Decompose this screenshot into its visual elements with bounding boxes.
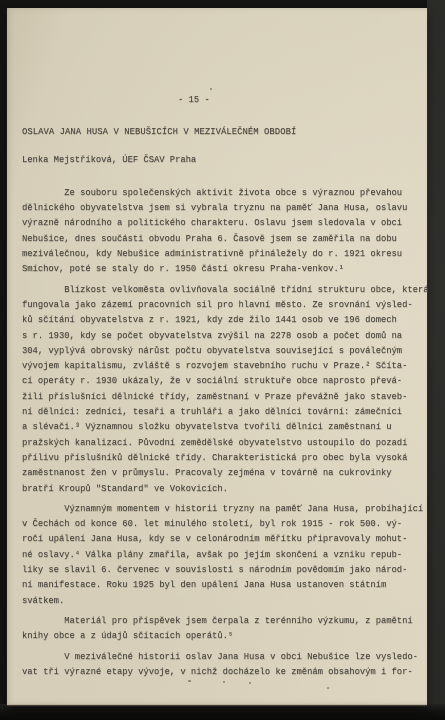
paragraph: Významným momentem v historii tryzny na … xyxy=(22,502,427,609)
text-line: bratří Kroupů "Standard" ve Vokovicích. xyxy=(22,482,427,497)
text-line: Smíchov, poté se staly do r. 1950 částí … xyxy=(22,262,427,277)
scanned-book-photo: - 15 - OSLAVA JANA HUSA V NEBUŠICÍCH V M… xyxy=(0,0,445,720)
book-edge-right xyxy=(427,0,445,720)
text-line: vývojem kapitalismu, zvláště s rozvojem … xyxy=(22,359,427,374)
text-line: ní dělníci: zedníci, tesaři a truhláři a… xyxy=(22,405,427,420)
author-line: Lenka Mejstříková, ÚEF ČSAV Praha xyxy=(22,153,427,168)
text-line: Materiál pro příspěvek jsem čerpala z te… xyxy=(22,614,427,629)
paragraph: Blízkost velkoměsta ovlivňovala sociálně… xyxy=(22,283,427,497)
page-content: - 15 - OSLAVA JANA HUSA V NEBUŠICÍCH V M… xyxy=(7,93,427,680)
text-line: přílivu příslušníků dělnické třídy. Char… xyxy=(22,451,427,466)
text-line: zaměstnanost žen v průmyslu. Pracovaly z… xyxy=(22,466,427,481)
text-line: Nebušice, dnes součásti obvodu Praha 6. … xyxy=(22,232,427,247)
scan-speck xyxy=(188,680,191,682)
scan-speck xyxy=(24,524,26,526)
text-line: v Čechách od konce 60. let minulého stol… xyxy=(22,517,427,532)
text-line: ročí upálení Jana Husa, kdy se v celonár… xyxy=(22,532,427,547)
text-line: a slévači.³ Významnou složku obyvatelstv… xyxy=(22,420,427,435)
scan-speck xyxy=(249,682,251,684)
text-line: výrazně národního a politického charakte… xyxy=(22,216,427,231)
text-line: 304, vyplývá obrovský nárůst počtu obyva… xyxy=(22,344,427,359)
text-line: ků sčítání obyvatelstva z r. 1921, kdy z… xyxy=(22,313,427,328)
scan-speck xyxy=(210,88,212,90)
text-line: fungovala jako zázemí pracovních sil pro… xyxy=(22,298,427,313)
text-line: ní manifestace. Roku 1925 byl den upálen… xyxy=(22,578,427,593)
text-line: s r. 1930, kdy se počet obyvatelstva zvý… xyxy=(22,329,427,344)
text-line: liky se slavil 6. červenec v souvislosti… xyxy=(22,563,427,578)
scan-speck xyxy=(327,687,329,689)
text-line: Významným momentem v historii tryzny na … xyxy=(22,502,427,517)
book-edge-bottom xyxy=(0,704,445,720)
text-line: svátkem. xyxy=(22,594,427,609)
text-line: né oslavy.⁴ Válka plány zmařila, avšak p… xyxy=(22,548,427,563)
text-line: Ze souboru společenských aktivit života … xyxy=(22,186,427,201)
paragraph: Ze souboru společenských aktivit života … xyxy=(22,186,427,278)
paragraph: Materiál pro příspěvek jsem čerpala z te… xyxy=(22,614,427,645)
text-line: cí operáty r. 1930 ukázaly, že v sociáln… xyxy=(22,374,427,389)
text-line: meziválečnou, kdy Nebušice administrativ… xyxy=(22,247,427,262)
article-body: Ze souboru společenských aktivit života … xyxy=(22,186,427,680)
text-line: Blízkost velkoměsta ovlivňovala sociálně… xyxy=(22,283,427,298)
text-line: V meziválečné historii oslav Jana Husa v… xyxy=(22,650,427,665)
paragraph: V meziválečné historii oslav Jana Husa v… xyxy=(22,650,427,681)
text-line: knihy obce a z údajů sčítacích operátů.⁵ xyxy=(22,629,427,644)
text-line: pražských kanalizací. Původní zemědělské… xyxy=(22,436,427,451)
article-title: OSLAVA JANA HUSA V NEBUŠICÍCH V MEZIVÁLE… xyxy=(22,125,427,140)
text-line: vat tři výrazné etapy vývoje, v nichž do… xyxy=(22,665,427,680)
text-line: dělnického obyvatelstva jsem si vybrala … xyxy=(22,201,427,216)
text-line: žili příslušníci dělnické třídy, zaměstn… xyxy=(22,390,427,405)
document-page: - 15 - OSLAVA JANA HUSA V NEBUŠICÍCH V M… xyxy=(7,8,427,704)
scan-speck xyxy=(223,681,225,683)
page-number: - 15 - xyxy=(178,93,427,108)
